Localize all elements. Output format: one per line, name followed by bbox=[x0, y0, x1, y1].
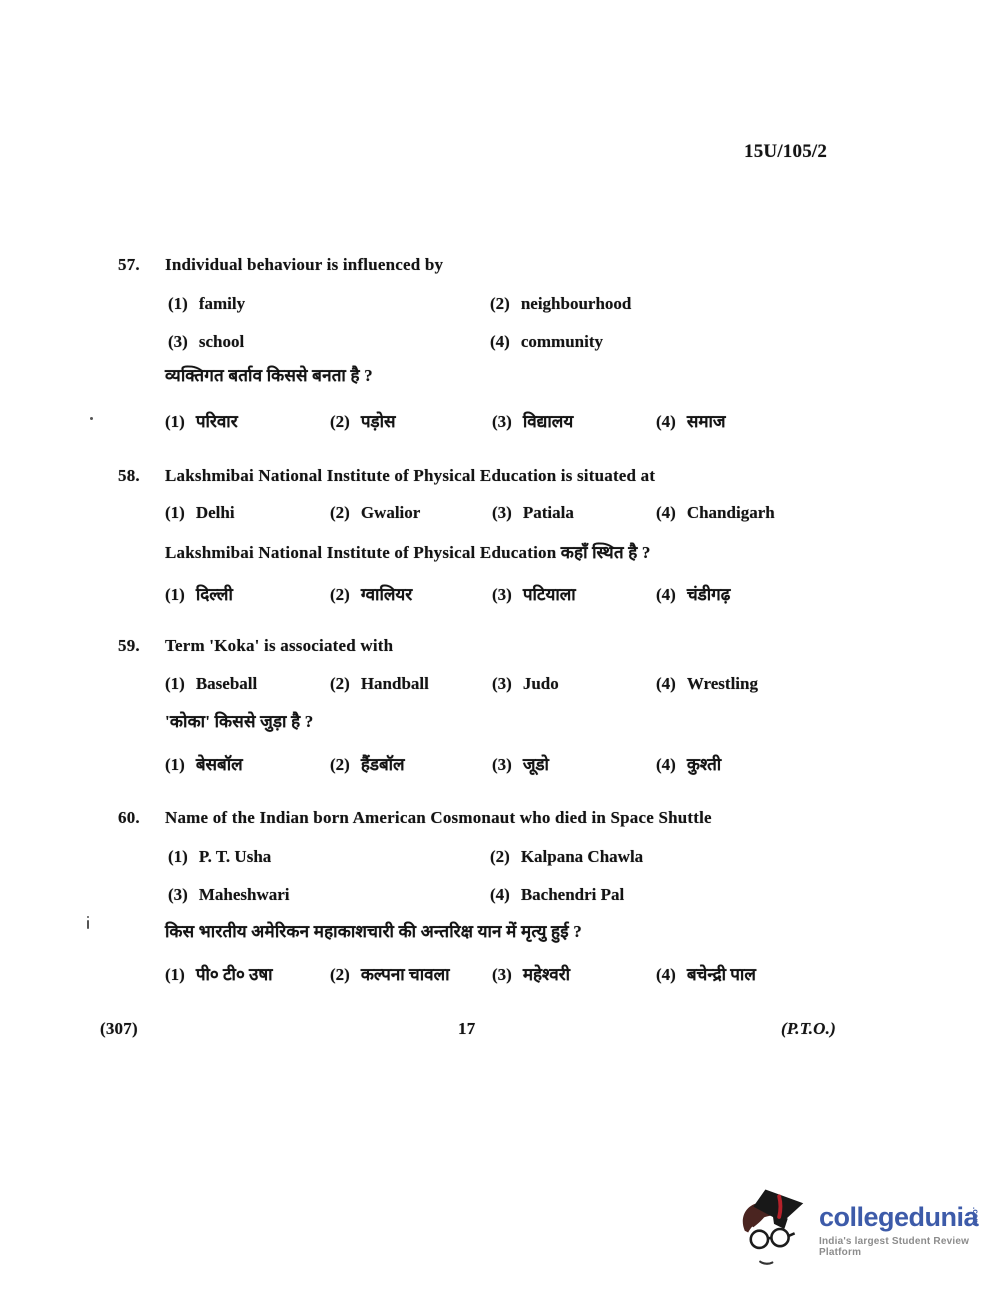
question-57-options-en-row2: (3)school (4)community bbox=[0, 332, 993, 356]
scanned-exam-page: 15U/105/2 57.Individual behaviour is inf… bbox=[0, 0, 993, 1303]
option: (2)हैंडबॉल bbox=[330, 752, 405, 775]
option: (4)बचेन्द्री पाल bbox=[656, 962, 756, 985]
collegedunia-mascot-icon bbox=[731, 1186, 817, 1272]
option: (3)महेश्वरी bbox=[492, 962, 570, 985]
question-59-hindi: 'कोका' किससे जुड़ा है ? bbox=[165, 709, 313, 732]
option: (3)जूडो bbox=[492, 752, 549, 775]
question-60-hindi: किस भारतीय अमेरिकन महाकाशचारी की अन्तरिक… bbox=[165, 919, 582, 942]
option: (1)Delhi bbox=[165, 503, 235, 523]
option: (2)ग्वालियर bbox=[330, 582, 412, 605]
question-en: Individual behaviour is influenced by bbox=[165, 255, 443, 274]
question-57-hindi: व्यक्तिगत बर्ताव किससे बनता है ? bbox=[165, 363, 373, 386]
question-60-options-en-row2: (3)Maheshwari (4)Bachendri Pal bbox=[0, 885, 993, 909]
option: (3)पटियाला bbox=[492, 582, 576, 605]
logo-tagline: India's largest Student Review Platform bbox=[819, 1236, 993, 1258]
footer-booklet-code: (307) bbox=[100, 1019, 138, 1039]
option: (4)Chandigarh bbox=[656, 503, 775, 523]
option: (2)Handball bbox=[330, 674, 429, 694]
option: (3)Patiala bbox=[492, 503, 574, 523]
question-59-text: 59.Term 'Koka' is associated with bbox=[118, 636, 393, 656]
question-59-options-hi: (1)बेसबॉल (2)हैंडबॉल (3)जूडो (4)कुश्ती bbox=[0, 752, 993, 776]
question-number: 60. bbox=[118, 808, 165, 828]
option: (4)समाज bbox=[656, 409, 726, 432]
question-60-options-hi: (1)पी० टी० उषा (2)कल्पना चावला (3)महेश्व… bbox=[0, 962, 993, 986]
question-number: 58. bbox=[118, 466, 165, 486]
option: (4)community bbox=[490, 332, 603, 352]
option: (1)परिवार bbox=[165, 409, 238, 432]
question-en: Lakshmibai National Institute of Physica… bbox=[165, 466, 655, 485]
question-60-options-en-row1: (1)P. T. Usha (2)Kalpana Chawla bbox=[0, 847, 993, 871]
option: (2)neighbourhood bbox=[490, 294, 631, 314]
option: (1)family bbox=[168, 294, 245, 314]
footer-pto: (P.T.O.) bbox=[781, 1019, 836, 1039]
question-57-options-hi: (1)परिवार (2)पड़ोस (3)विद्यालय (4)समाज bbox=[0, 409, 993, 433]
option: (1)बेसबॉल bbox=[165, 752, 243, 775]
option: (2)Gwalior bbox=[330, 503, 420, 523]
question-58-hindi: Lakshmibai National Institute of Physica… bbox=[165, 540, 651, 563]
question-59-options-en: (1)Baseball (2)Handball (3)Judo (4)Wrest… bbox=[0, 674, 993, 698]
exam-paper-code: 15U/105/2 bbox=[744, 141, 827, 163]
question-en: Term 'Koka' is associated with bbox=[165, 636, 393, 655]
logo-text-block: collegedunia .com India's largest Studen… bbox=[819, 1204, 993, 1258]
question-58-options-hi: (1)दिल्ली (2)ग्वालियर (3)पटियाला (4)चंडी… bbox=[0, 582, 993, 606]
logo-brand-text: collegedunia bbox=[819, 1204, 978, 1231]
option: (2)Kalpana Chawla bbox=[490, 847, 643, 867]
scan-artifact bbox=[87, 920, 89, 929]
question-number: 59. bbox=[118, 636, 165, 656]
collegedunia-logo: collegedunia .com India's largest Studen… bbox=[731, 1186, 975, 1278]
option: (4)चंडीगढ़ bbox=[656, 582, 730, 605]
question-58-text: 58.Lakshmibai National Institute of Phys… bbox=[118, 466, 655, 486]
question-60-text: 60.Name of the Indian born American Cosm… bbox=[118, 808, 712, 828]
option: (3)Judo bbox=[492, 674, 559, 694]
option: (4)Bachendri Pal bbox=[490, 885, 624, 905]
option: (1)दिल्ली bbox=[165, 582, 233, 605]
option: (2)कल्पना चावला bbox=[330, 962, 450, 985]
option: (4)कुश्ती bbox=[656, 752, 721, 775]
option: (3)विद्यालय bbox=[492, 409, 573, 432]
logo-tld-text: .com bbox=[971, 1207, 980, 1226]
question-58-options-en: (1)Delhi (2)Gwalior (3)Patiala (4)Chandi… bbox=[0, 503, 993, 527]
footer-page-number: 17 bbox=[458, 1019, 475, 1039]
option: (1)पी० टी० उषा bbox=[165, 962, 273, 985]
question-number: 57. bbox=[118, 255, 165, 275]
option: (3)school bbox=[168, 332, 244, 352]
option: (1)Baseball bbox=[165, 674, 257, 694]
option: (4)Wrestling bbox=[656, 674, 758, 694]
question-en: Name of the Indian born American Cosmona… bbox=[165, 808, 712, 827]
option: (2)पड़ोस bbox=[330, 409, 395, 432]
question-57-text: 57.Individual behaviour is influenced by bbox=[118, 255, 443, 275]
question-57-options-en-row1: (1)family (2)neighbourhood bbox=[0, 294, 993, 318]
option: (1)P. T. Usha bbox=[168, 847, 271, 867]
option: (3)Maheshwari bbox=[168, 885, 290, 905]
